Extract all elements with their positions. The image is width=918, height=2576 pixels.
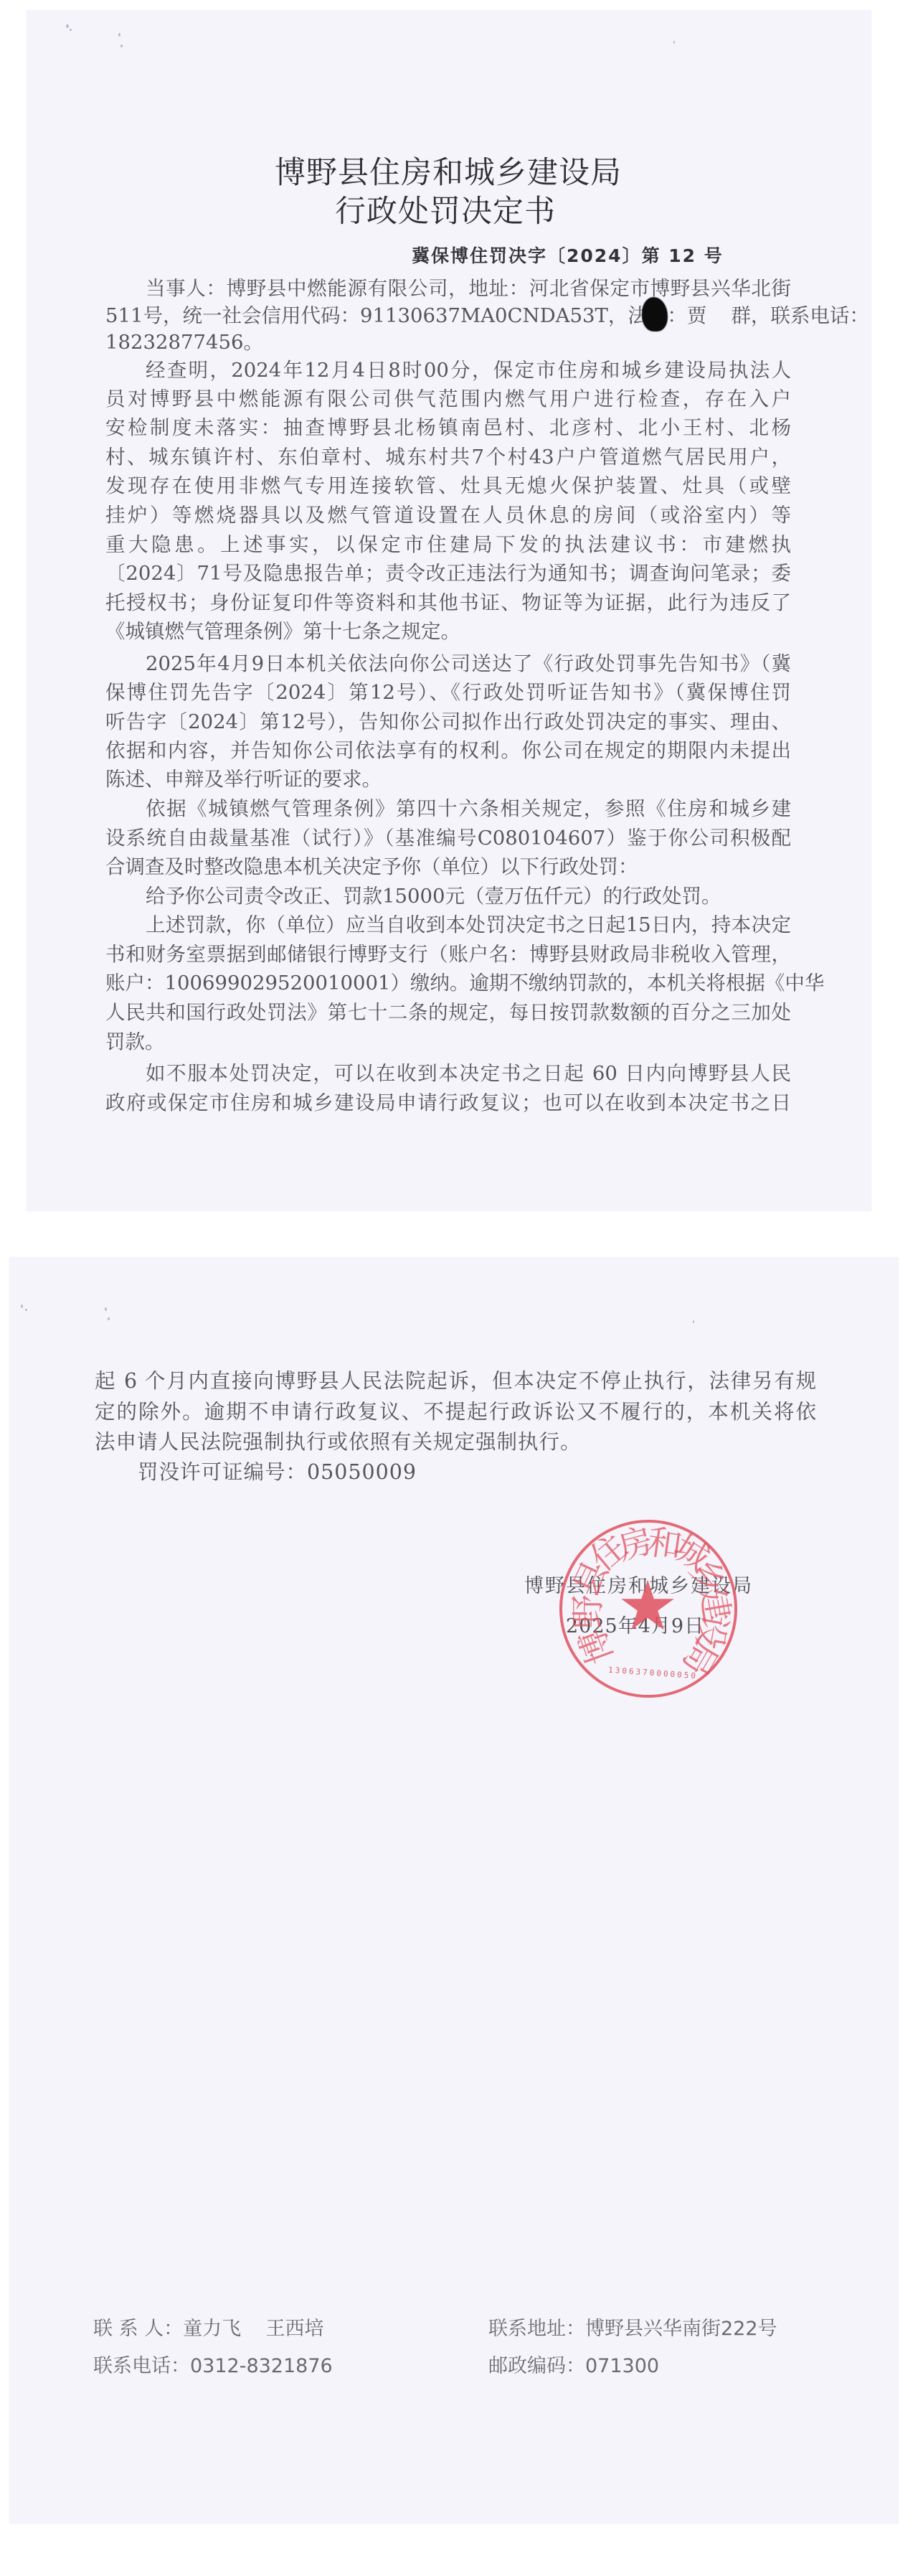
scan-speck bbox=[66, 24, 69, 28]
payment-line: 人民共和国行政处罚法》第七十二条的规定，每日按罚款数额的百分之三加处 bbox=[105, 1003, 791, 1023]
facts-line: 发现存在使用非燃气专用连接软管、灶具无熄火保护装置、灶具（或壁 bbox=[105, 476, 791, 497]
scan-speck bbox=[70, 29, 72, 31]
facts-line: 《城镇燃气管理条例》第十七条之规定。 bbox=[105, 622, 460, 642]
basis-line: 合调查及时整改隐患本机关决定予你（单位）以下行政处罚： bbox=[105, 857, 638, 878]
facts-line: 〔2024〕71号及隐患报告单；责令改正违法行为通知书；调查询问笔录；委 bbox=[105, 564, 791, 584]
facts-line: 托授权书；身份证复印件等资料和其他书证、物证等为证据，此行为违反了 bbox=[105, 593, 791, 614]
facts-line: 挂炉）等燃烧器具以及燃气管道设置在人员休息的房间（或浴室内）等 bbox=[105, 506, 791, 526]
scan-speck bbox=[693, 1320, 694, 1323]
notice-line: 陈述、申辩及举行听证的要求。 bbox=[105, 770, 382, 790]
contact-person: 联 系 人：童力飞 王西培 bbox=[93, 2319, 324, 2338]
contact-address: 联系地址：博野县兴华南街222号 bbox=[488, 2319, 777, 2338]
seal-star-icon: ★ bbox=[617, 1571, 678, 1640]
scan-speck bbox=[105, 1307, 107, 1311]
appeal-line: 政府或保定市住房和城乡建设局申请行政复议；也可以在收到本决定书之日 bbox=[105, 1094, 791, 1114]
notice-line: 听告字〔2024〕第12号），告知你公司拟作出行政处罚决定的事实、理由、 bbox=[105, 713, 791, 733]
document-title-line-1: 博野县住房和城乡建设局 bbox=[275, 158, 622, 189]
payment-line: 账户：100699029520010001）缴纳。逾期不缴纳罚款的，本机关将根据… bbox=[105, 974, 791, 994]
party-line: 511号，统一社会信用代码：91130637MA0CNDA53T，法人：贾 群，… bbox=[105, 306, 791, 326]
scan-speck bbox=[673, 41, 675, 44]
notice-line: 依据和内容，并告知你公司依法享有的权利。你公司在规定的期限内未提出 bbox=[105, 741, 791, 761]
document-number: 冀保博住罚决字〔2024〕第 12 号 bbox=[412, 247, 724, 265]
party-line-text: 511号，统一社会信用代码：91130637MA0CNDA53T，法人：贾 bbox=[105, 306, 706, 326]
facts-line: 员对博野县中燃能源有限公司供气范围内燃气用户进行检查，存在入户 bbox=[105, 390, 791, 410]
continuation-line: 起 6 个月内直接向博野县人民法院起诉，但本决定不停止执行，法律另有规 bbox=[95, 1371, 816, 1392]
notice-line: 保博住罚先告字〔2024〕第12号）、《行政处罚听证告知书》（冀保博住罚 bbox=[105, 683, 791, 703]
scan-speck bbox=[108, 1317, 110, 1320]
payment-line: 书和财务室票据到邮储银行博野支行（账户名：博野县财政局非税收入管理， bbox=[105, 945, 791, 965]
contact-phone: 联系电话：0312-8321876 bbox=[93, 2356, 333, 2376]
scan-speck bbox=[120, 44, 123, 47]
party-line: 18232877456。 bbox=[105, 333, 263, 353]
continuation-line: 法申请人民法院强制执行或依照有关规定强制执行。 bbox=[95, 1432, 582, 1453]
payment-line: 罚款。 bbox=[105, 1033, 165, 1053]
payment-line: 上述罚款，你（单位）应当自收到本处罚决定书之日起15日内，持本决定 bbox=[146, 916, 791, 936]
party-line-tail: 群，联系电话： bbox=[706, 306, 869, 326]
postal-code: 邮政编码：071300 bbox=[488, 2356, 659, 2376]
appeal-line: 如不服本处罚决定，可以在收到本决定书之日起 60 日内向博野县人民 bbox=[146, 1064, 791, 1084]
party-line: 当事人：博野县中燃能源有限公司，地址：河北省保定市博野县兴华北街 bbox=[146, 279, 791, 299]
scan-speck bbox=[21, 1305, 23, 1308]
basis-line: 依据《城镇燃气管理条例》第四十六条相关规定，参照《住房和城乡建 bbox=[146, 799, 791, 819]
continuation-line: 定的除外。逾期不申请行政复议、不提起行政诉讼又不履行的，本机关将依 bbox=[95, 1402, 816, 1423]
document-title-line-2: 行政处罚决定书 bbox=[335, 197, 556, 227]
facts-line: 安检制度未落实：抽查博野县北杨镇南邑村、北彦村、北小王村、北杨 bbox=[105, 418, 791, 438]
scan-speck bbox=[25, 1309, 27, 1311]
permit-number: 罚没许可证编号：05050009 bbox=[138, 1462, 417, 1483]
penalty-line: 给予你公司责令改正、罚款15000元（壹万伍仟元）的行政处罚。 bbox=[146, 887, 721, 907]
notice-line: 2025年4月9日本机关依法向你公司送达了《行政处罚事先告知书》（冀 bbox=[146, 654, 791, 674]
facts-line: 村、城东镇许村、东伯章村、城东村共7个村43户户管道燃气居民用户， bbox=[105, 448, 791, 468]
facts-line: 重大隐患。上述事实，以保定市住建局下发的执法建议书：市建燃执 bbox=[105, 535, 791, 555]
facts-line: 经查明，2024年12月4日8时00分，保定市住房和城乡建设局执法人 bbox=[146, 361, 791, 381]
basis-line: 设系统自由裁量基准（试行）》（基准编号C080104607）鉴于你公司积极配 bbox=[105, 829, 791, 849]
scan-speck bbox=[118, 33, 120, 37]
